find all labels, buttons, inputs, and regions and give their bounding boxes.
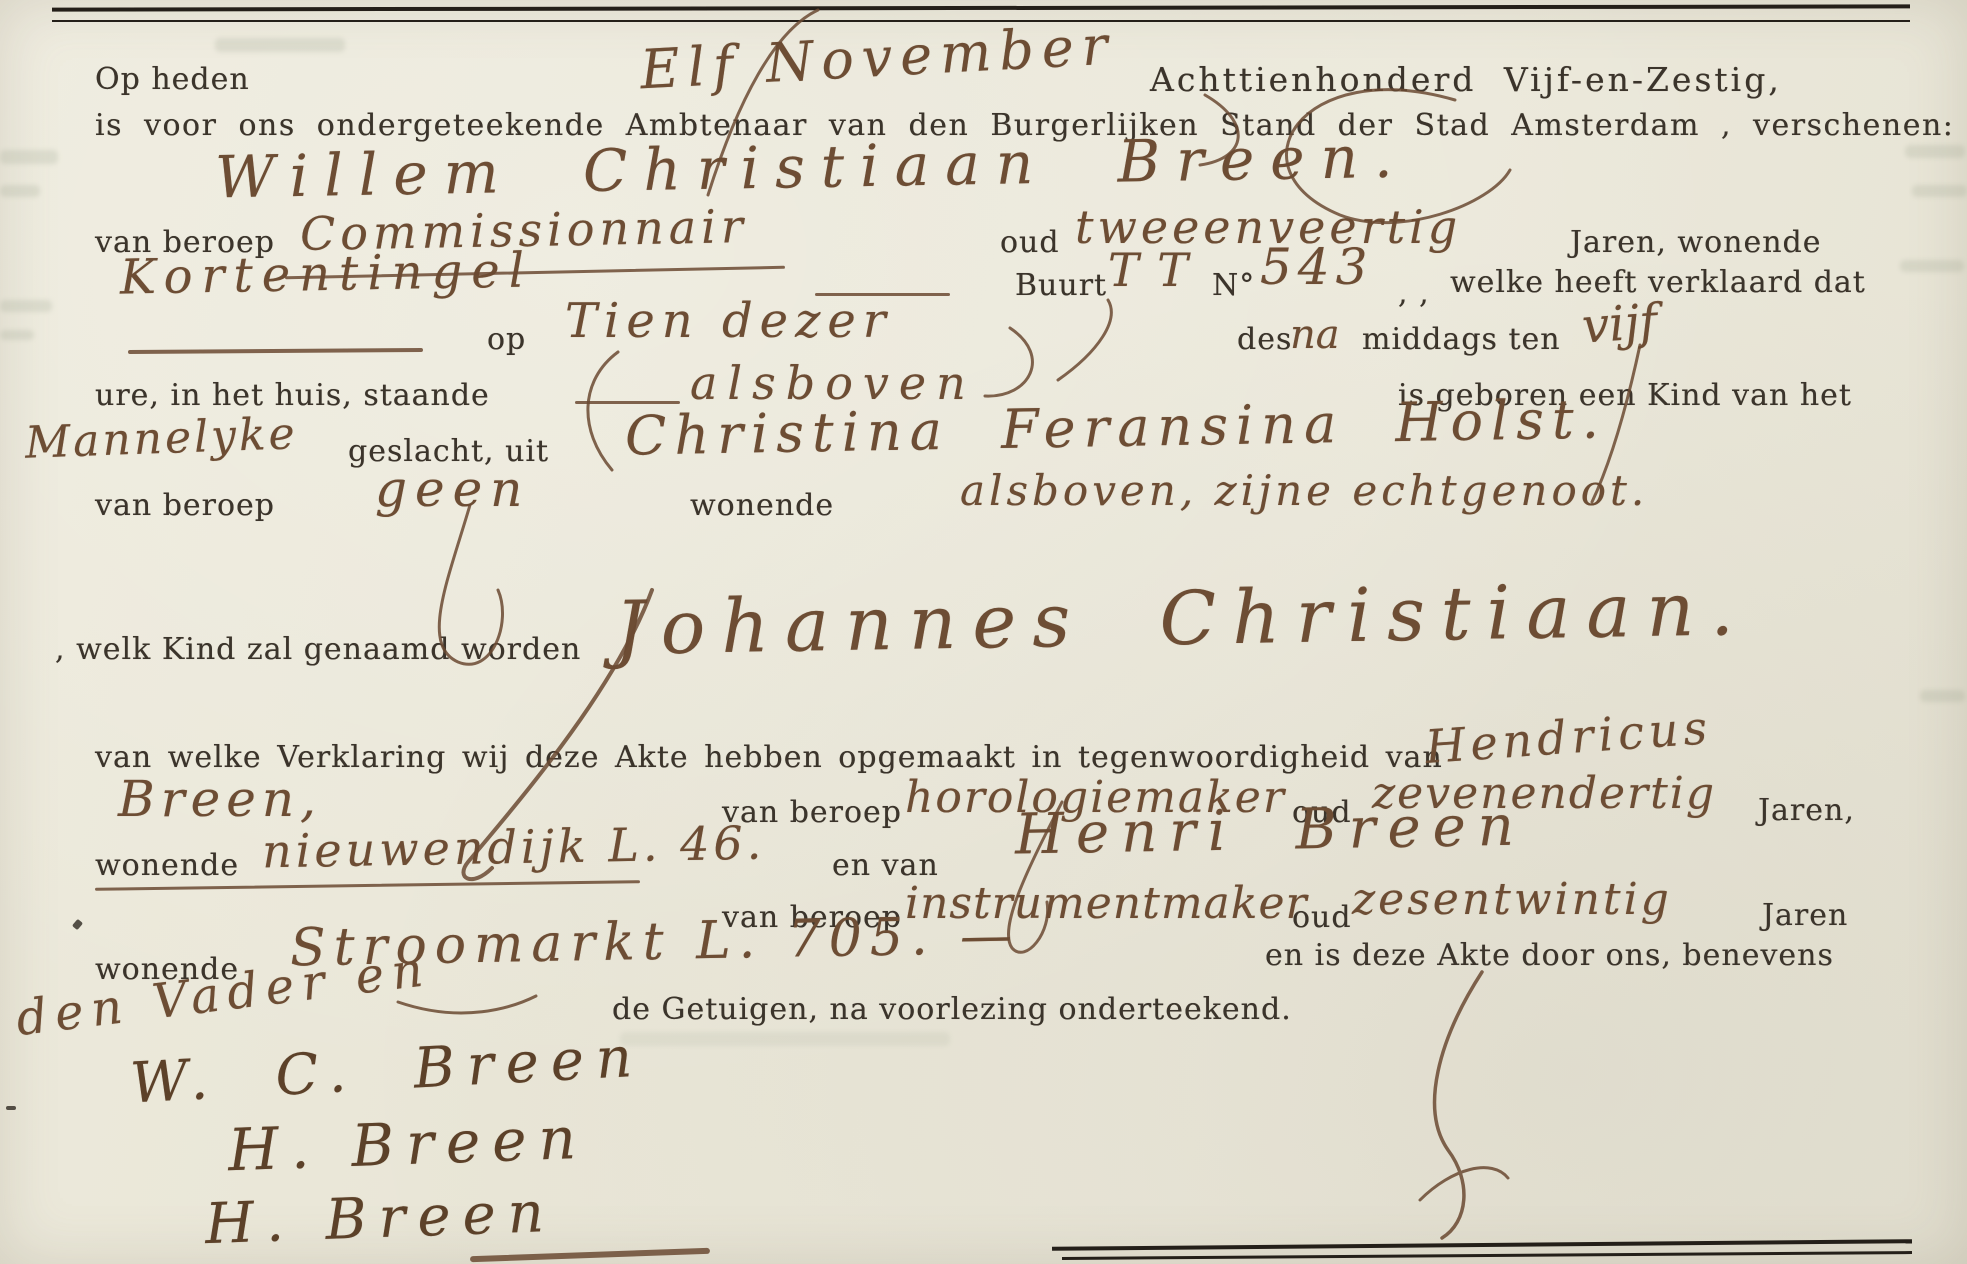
ink-dash-line: [128, 348, 423, 354]
bottom-rule-thin: [1062, 1251, 1912, 1259]
bleed-mark: [1900, 260, 1964, 272]
handwritten-buurt-code: T T: [1108, 243, 1190, 297]
flourish-dezer-tail: [985, 328, 1032, 396]
printed-op-heden: Op heden: [95, 62, 250, 97]
handwritten-sex: Mannelyke: [24, 408, 298, 468]
top-rule-thick: [52, 4, 1910, 11]
registrar-paraph: [1435, 972, 1482, 1238]
handwritten-witness2-name: Henri Breen: [1014, 794, 1526, 868]
handwritten-birth-day: Tien dezer: [565, 293, 893, 349]
bleed-mark: [1920, 690, 1965, 702]
bleed-mark: [0, 185, 40, 197]
handwritten-child-name: Johannes Christiaan.: [614, 566, 1750, 672]
printed-child-label: , welk Kind zal genaamd worden: [55, 632, 581, 667]
handwritten-witness1-address: nieuwendijk L. 46.: [262, 816, 766, 879]
flourish-christina-swash: [588, 352, 618, 470]
signature-father: W. C. Breen: [129, 1025, 646, 1117]
handwritten-house-number: 543: [1260, 238, 1373, 296]
printed-van-beroep-mother: van beroep: [95, 488, 275, 523]
registrar-paraph-cross: [1420, 1168, 1508, 1200]
bleed-mark: [1912, 185, 1967, 197]
handwritten-na: na: [1290, 312, 1340, 358]
printed-no-label: N°: [1212, 268, 1255, 303]
handwritten-mother-residence: alsboven, zijne echtgenoot.: [960, 466, 1648, 515]
signature-witness2: H. Breen: [204, 1180, 557, 1257]
bleed-mark: [0, 300, 52, 312]
printed-jaren-wonende: Jaren, wonende: [1570, 225, 1822, 260]
printed-wonende-w1: wonende: [95, 848, 239, 883]
printed-jaren-w2: Jaren: [1762, 898, 1848, 933]
handwritten-witness1-firstname: Hendricus: [1423, 700, 1713, 774]
flourish-vader-swash: [398, 996, 536, 1013]
printed-des: des: [1237, 322, 1292, 357]
bleed-mark: [215, 38, 345, 52]
bleed-mark: [0, 150, 58, 164]
printed-closing-1: en is deze Akte door ons, benevens: [1265, 938, 1834, 973]
birth-record-scan: Op heden Elf November Achttienhonderd Vi…: [0, 0, 1967, 1264]
bleed-mark: [620, 1032, 950, 1046]
printed-year: Achttienhonderd Vijf-en-Zestig,: [1150, 60, 1782, 99]
handwritten-mother-profession: geen: [375, 460, 530, 518]
ink-speck: [6, 1106, 16, 1110]
handwritten-witness1-lastname: Breen,: [118, 770, 322, 828]
printed-middags-ten: middags ten: [1362, 322, 1561, 357]
handwritten-birth-hour: vijf: [1580, 293, 1659, 354]
bottom-rule-thick: [1052, 1239, 1912, 1250]
printed-buurt-label: Buurt: [1015, 268, 1107, 303]
printed-declaration: welke heeft verklaard dat: [1450, 265, 1866, 300]
ink-speck: [72, 919, 83, 930]
bleed-mark: [1905, 145, 1965, 158]
printed-op: op: [487, 322, 526, 357]
printed-oud-w2: oud: [1292, 900, 1352, 935]
printed-comma-marks: , ,: [1398, 276, 1430, 311]
flourish-alsboven-tail: [1058, 300, 1111, 380]
printed-oud-declarant: oud: [1000, 225, 1060, 260]
printed-closing-2: de Getuigen, na voorlezing onderteekend.: [612, 992, 1292, 1027]
ink-cutoff-signature: [470, 1248, 710, 1262]
printed-wonende-mother: wonende: [690, 488, 834, 523]
bleed-mark: [0, 330, 34, 340]
handwritten-witness2-age: zesentwintig: [1352, 874, 1672, 925]
handwritten-date: Elf November: [639, 14, 1117, 102]
printed-jaren-w1: Jaren,: [1758, 793, 1855, 828]
signature-witness1: H. Breen: [227, 1104, 589, 1185]
